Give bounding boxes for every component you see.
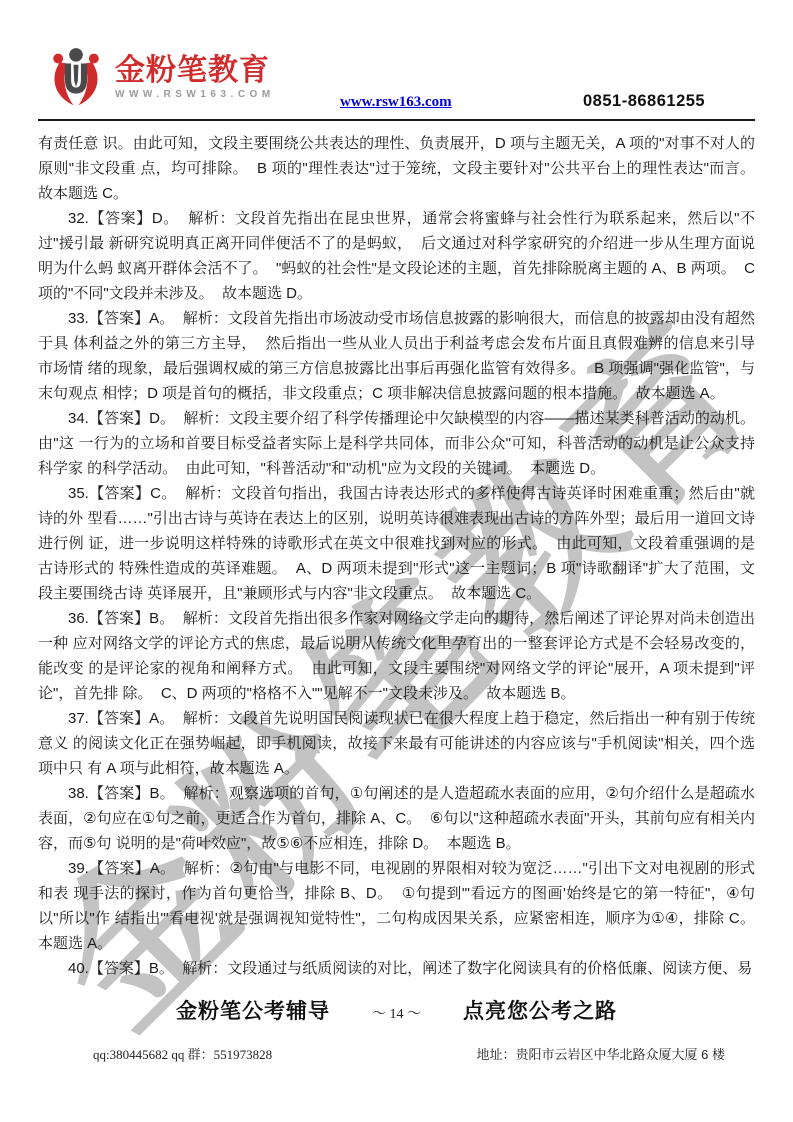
address: 地址：贵阳市云岩区中华北路众厦大厦 6 楼 <box>477 1044 725 1063</box>
answer-explanations: 有责任意 识。由此可知，文段主要围绕公共表达的理性、负责展开，D 项与主题无关，… <box>38 131 755 981</box>
qq-contacts: qq:380445682 qq 群：551973828 <box>93 1044 272 1063</box>
answer-paragraph-40: 40.【答案】B。 解析：文段通过与纸质阅读的对比，阐述了数字化阅读具有的价格低… <box>38 956 755 981</box>
footer-meta-row: qq:380445682 qq 群：551973828 地址：贵阳市云岩区中华北… <box>38 1044 755 1063</box>
footer-brand: 金粉笔公考辅导 <box>176 995 330 1025</box>
phone-number: 0851-86861255 <box>583 92 705 111</box>
document-page: 金粉笔教育 金粉笔 <box>0 0 793 1122</box>
website-link[interactable]: www.rsw163.com <box>340 94 452 111</box>
page-header: 金粉笔教育 WWW.RSW163.COM www.rsw163.com 0851… <box>0 0 793 121</box>
answer-paragraph-37: 37.【答案】A。 解析：文段首先说明国民阅读现状已在很大程度上趋于稳定，然后指… <box>38 706 755 781</box>
answer-paragraph-38: 38.【答案】B。 解析：观察选项的首句，①句阐述的是人造超疏水表面的应用，②句… <box>38 781 755 856</box>
answer-paragraph-39: 39.【答案】A。 解析：②句由"与电影不同，电视剧的界限相对较为宽泛……"引出… <box>38 856 755 956</box>
page-number: ～ 14 ～ <box>372 1003 421 1023</box>
brand-logo: 金粉笔教育 WWW.RSW163.COM <box>45 45 275 109</box>
answer-paragraph-34: 34.【答案】D。 解析：文段主要介绍了科学传播理论中欠缺模型的内容——描述某类… <box>38 406 755 481</box>
answer-paragraph-36: 36.【答案】B。 解析：文段首先指出很多作家对网络文学走向的期待，然后阐述了评… <box>38 606 755 706</box>
answer-paragraph-35: 35.【答案】C。 解析：文段首句指出，我国古诗表达形式的多样使得古诗英译时困难… <box>38 481 755 606</box>
brand-site-url: WWW.RSW163.COM <box>115 89 275 100</box>
header-divider <box>38 119 755 121</box>
brand-logo-icon <box>45 45 107 109</box>
footer-slogan: 点亮您公考之路 <box>463 995 617 1025</box>
brand-text: 金粉笔教育 WWW.RSW163.COM <box>115 55 275 100</box>
paragraph-continuation: 有责任意 识。由此可知，文段主要围绕公共表达的理性、负责展开，D 项与主题无关，… <box>38 131 755 206</box>
footer-slogan-row: 金粉笔公考辅导 ～ 14 ～ 点亮您公考之路 <box>0 995 793 1025</box>
brand-title: 金粉笔教育 <box>115 55 275 87</box>
answer-paragraph-33: 33.【答案】A。 解析：文段首先指出市场波动受市场信息披露的影响很大，而信息的… <box>38 306 755 406</box>
answer-paragraph-32: 32.【答案】D。 解析：文段首先指出在昆虫世界，通常会将蜜蜂与社会性行为联系起… <box>38 206 755 306</box>
